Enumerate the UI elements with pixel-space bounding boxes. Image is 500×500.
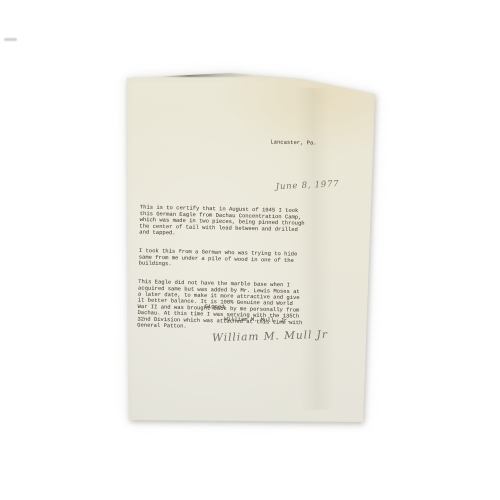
city-line: Lancaster, Pa. bbox=[270, 139, 500, 151]
paragraph-2: I took this from a German who was trying… bbox=[139, 248, 399, 273]
background-smudge-mark bbox=[4, 38, 17, 41]
letter-content: Lancaster, Pa. June 8, 1977 This is to c… bbox=[112, 70, 382, 438]
city-dateline-block: Lancaster, Pa. bbox=[270, 139, 500, 163]
handwritten-date-block: June 8, 1977 bbox=[276, 159, 500, 196]
handwritten-date: June 8, 1977 bbox=[276, 171, 500, 189]
paragraph-1: This is to certify that in August of 194… bbox=[139, 205, 400, 242]
letter-photo: Lancaster, Pa. June 8, 1977 This is to c… bbox=[0, 0, 500, 500]
paper-sheet: Lancaster, Pa. June 8, 1977 This is to c… bbox=[120, 70, 382, 432]
letter-paper: Lancaster, Pa. June 8, 1977 This is to c… bbox=[120, 70, 382, 432]
